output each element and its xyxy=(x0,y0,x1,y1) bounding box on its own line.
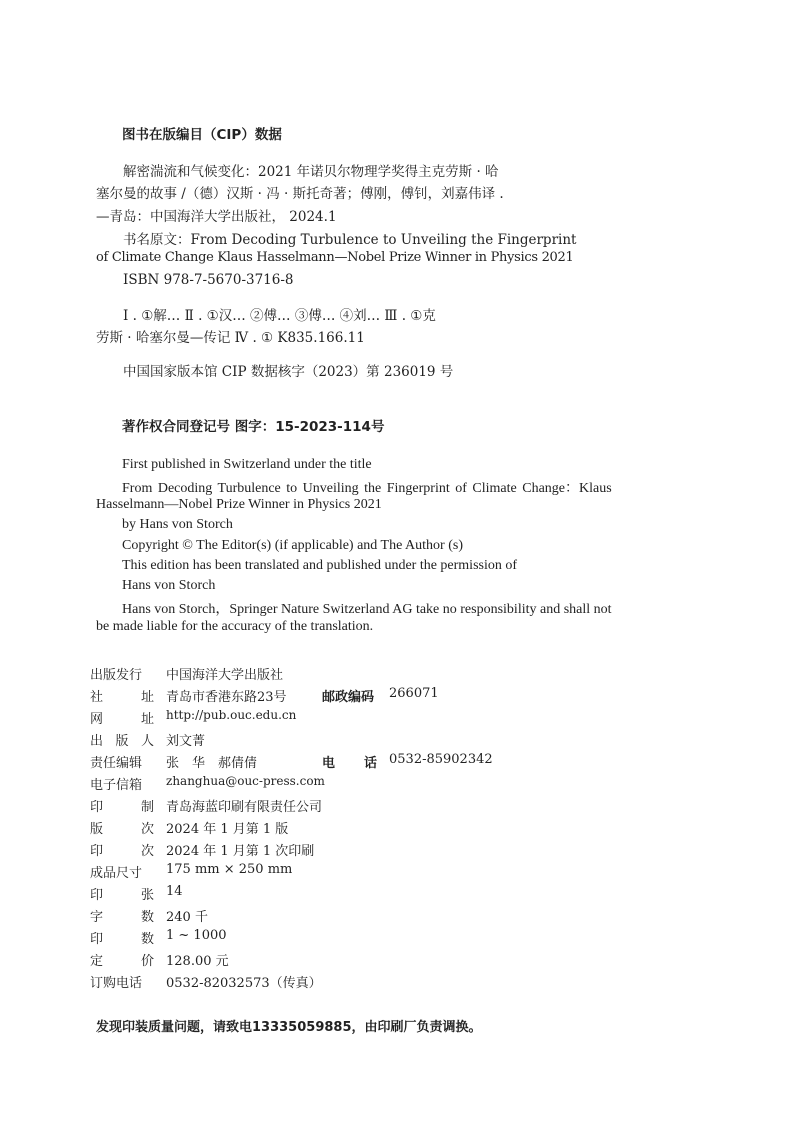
info-value: 0532-82032573（传真） xyxy=(166,972,322,991)
info-value: 刘文菁 xyxy=(166,730,205,749)
info-label: 印数 xyxy=(90,928,154,947)
cip-title-line-1: 解密湍流和气候变化：2021 年诺贝尔物理学奖得主克劳斯 · 哈 xyxy=(123,160,499,180)
cip-isbn: ISBN 978-7-5670-3716-8 xyxy=(123,272,294,288)
info-value: http://pub.ouc.edu.cn xyxy=(166,708,296,722)
cip-title-line-2: 塞尔曼的故事 /（德）汉斯 · 冯 · 斯托奇著；傅刚，傅钊，刘嘉伟译 . xyxy=(96,182,504,202)
cip-classification-line-2: 劳斯 · 哈塞尔曼—传记 Ⅳ . ① K835.166.11 xyxy=(96,326,365,346)
cip-publisher-line: —青岛：中国海洋大学出版社， 2024.1 xyxy=(96,205,337,225)
info-value: zhanghua@ouc-press.com xyxy=(166,774,325,788)
info-label-secondary: 电话 xyxy=(322,752,377,771)
info-value: 青岛市香港东路23号 xyxy=(166,686,287,705)
info-value: 张 华 郝倩倩 xyxy=(166,752,257,771)
info-value: 2024 年 1 月第 1 版 xyxy=(166,818,288,837)
cip-original-title-line-2: of Climate Change Klaus Hasselmann—Nobel… xyxy=(96,250,573,265)
cip-number: 中国国家版本馆 CIP 数据核字（2023）第 236019 号 xyxy=(123,360,453,380)
info-label: 定价 xyxy=(90,950,154,969)
copyright-english-line: by Hans von Storch xyxy=(122,517,233,533)
quality-notice: 发现印装质量问题，请致电13335059885，由印刷厂负责调换。 xyxy=(96,1016,482,1035)
copyright-english-line: Hans von Storch xyxy=(122,578,215,594)
info-label: 出版发行 xyxy=(90,664,154,683)
info-value-secondary: 0532-85902342 xyxy=(389,752,493,767)
cip-heading: 图书在版编目（CIP）数据 xyxy=(122,123,282,143)
info-label: 出版人 xyxy=(90,730,154,749)
copyright-english-line: Copyright © The Editor(s) (if applicable… xyxy=(122,538,463,554)
info-label: 版次 xyxy=(90,818,154,837)
info-label: 网址 xyxy=(90,708,154,727)
info-label: 印制 xyxy=(90,796,154,815)
info-label-secondary: 邮政编码 xyxy=(322,686,377,705)
info-value: 2024 年 1 月第 1 次印刷 xyxy=(166,840,314,859)
info-label: 印张 xyxy=(90,884,154,903)
info-label: 责任编辑 xyxy=(90,752,154,771)
info-label: 电子信箱 xyxy=(90,774,154,793)
info-value: 中国海洋大学出版社 xyxy=(166,664,283,683)
copyright-english-line: Hasselmann—Nobel Prize Winner in Physics… xyxy=(96,497,382,513)
info-label: 社址 xyxy=(90,686,154,705)
info-value: 青岛海蓝印刷有限责任公司 xyxy=(166,796,322,815)
cip-original-title-line-1: 书名原文：From Decoding Turbulence to Unveili… xyxy=(123,228,576,248)
info-label: 订购电话 xyxy=(90,972,154,991)
copyright-english-line: This edition has been translated and pub… xyxy=(122,558,517,574)
info-label: 字数 xyxy=(90,906,154,925)
info-value: 1 ~ 1000 xyxy=(166,928,227,943)
info-value-secondary: 266071 xyxy=(389,686,439,701)
copyright-english-line: From Decoding Turbulence to Unveiling th… xyxy=(122,477,612,497)
info-value: 128.00 元 xyxy=(166,950,229,969)
info-label: 印次 xyxy=(90,840,154,859)
info-value: 240 千 xyxy=(166,906,208,925)
copyright-english-line: Hans von Storch，Springer Nature Switzerl… xyxy=(122,598,612,618)
copyright-registration: 著作权合同登记号 图字：15-2023-114号 xyxy=(122,415,384,435)
cip-classification-line-1: Ⅰ . ①解… Ⅱ . ①汉… ②傅… ③傅… ④刘… Ⅲ . ①克 xyxy=(123,304,436,324)
copyright-english-line: First published in Switzerland under the… xyxy=(122,457,372,473)
info-label: 成品尺寸 xyxy=(90,862,154,881)
info-value: 14 xyxy=(166,884,183,899)
copyright-english-line: be made liable for the accuracy of the t… xyxy=(96,619,373,635)
info-value: 175 mm × 250 mm xyxy=(166,862,292,877)
